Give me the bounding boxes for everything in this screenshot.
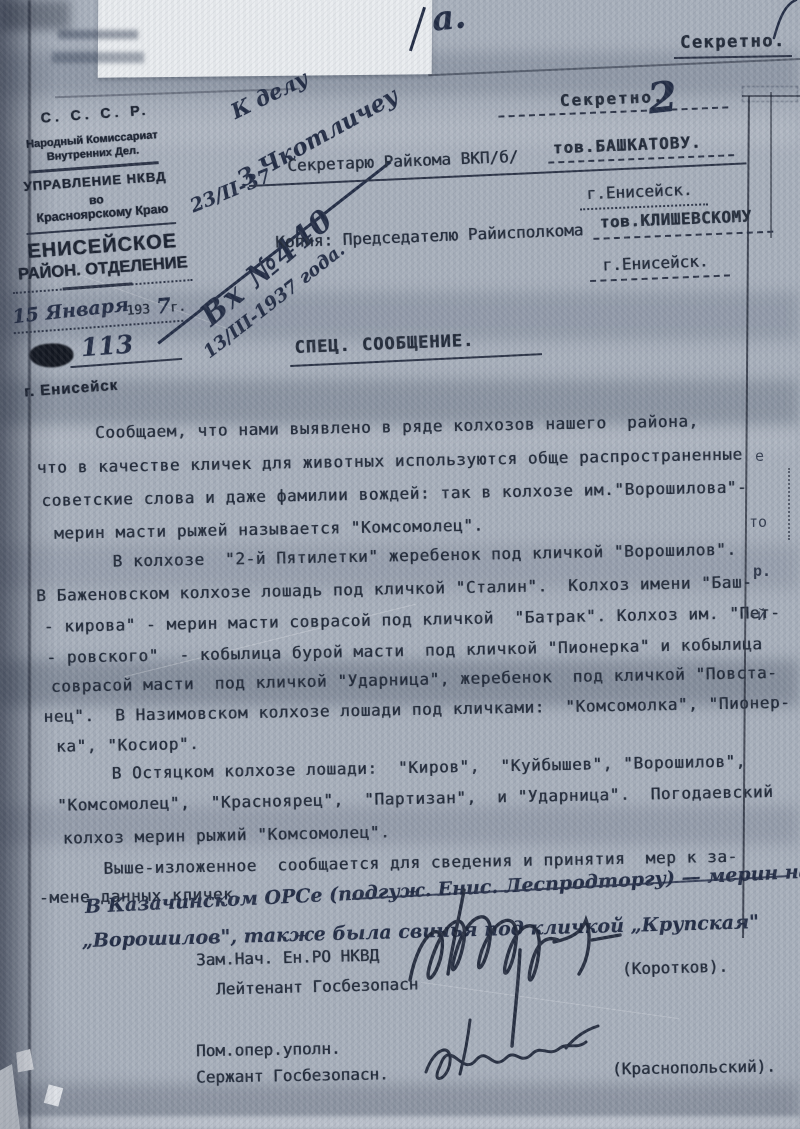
- signer2-name: (Краснопольский).: [612, 1057, 776, 1079]
- body-line: мерин масти рыжей называется "Комсомолец…: [54, 516, 484, 543]
- body-line: - кирова" - мерин масти соврасой под кли…: [44, 603, 781, 636]
- signer1-role-line2: Лейтенант Госбезопасн: [216, 974, 419, 998]
- body-line: колхоз мерин рыжий "Комсомолец".: [63, 822, 391, 847]
- body-text: Сообщаем, что нами выявлено в ряде колхо…: [0, 0, 800, 921]
- body-line: В колхозе "2-й Пятилетки" жеребенок под …: [112, 540, 736, 571]
- body-line: что в качестве кличек для животных испол…: [37, 445, 743, 478]
- body-line: - ровского" - кобылица бурой масти под к…: [46, 634, 763, 667]
- signer1-role-line1: Зам.Нач. Ен.РО НКВД: [196, 946, 379, 970]
- body-line: "Комсомолец", "Красноярец", "Партизан", …: [57, 782, 774, 815]
- body-line: В Баженовском колхозе лошадь под кличкой…: [36, 572, 753, 605]
- paper-chip: [44, 1084, 63, 1106]
- signature-krasnopolsky: [418, 1016, 618, 1101]
- body-line: В Остяцком колхозе лошади: "Киров", "Куй…: [111, 752, 746, 783]
- signer2-role-line1: Пом.опер.уполн.: [196, 1039, 341, 1061]
- body-line: советские слова и даже фамилии вождей: т…: [41, 477, 747, 510]
- body-line: соврасой масти под кличкой "Ударница", ж…: [51, 663, 778, 696]
- body-line: ка", "Косиор".: [56, 734, 200, 756]
- body-line: Сообщаем, что нами выявлено в ряде колхо…: [95, 411, 699, 442]
- signer1-name: (Коротков).: [622, 957, 728, 979]
- body-line: нец". В Назимовском колхозе лошади под к…: [43, 693, 790, 726]
- signer2-role-line2: Сержант Госбезопасн.: [196, 1064, 389, 1086]
- bottom-light-strip: [0, 1116, 800, 1129]
- document-scan: е то р. -й а. Секретно. С. С. С. Р. Наро…: [0, 0, 800, 1129]
